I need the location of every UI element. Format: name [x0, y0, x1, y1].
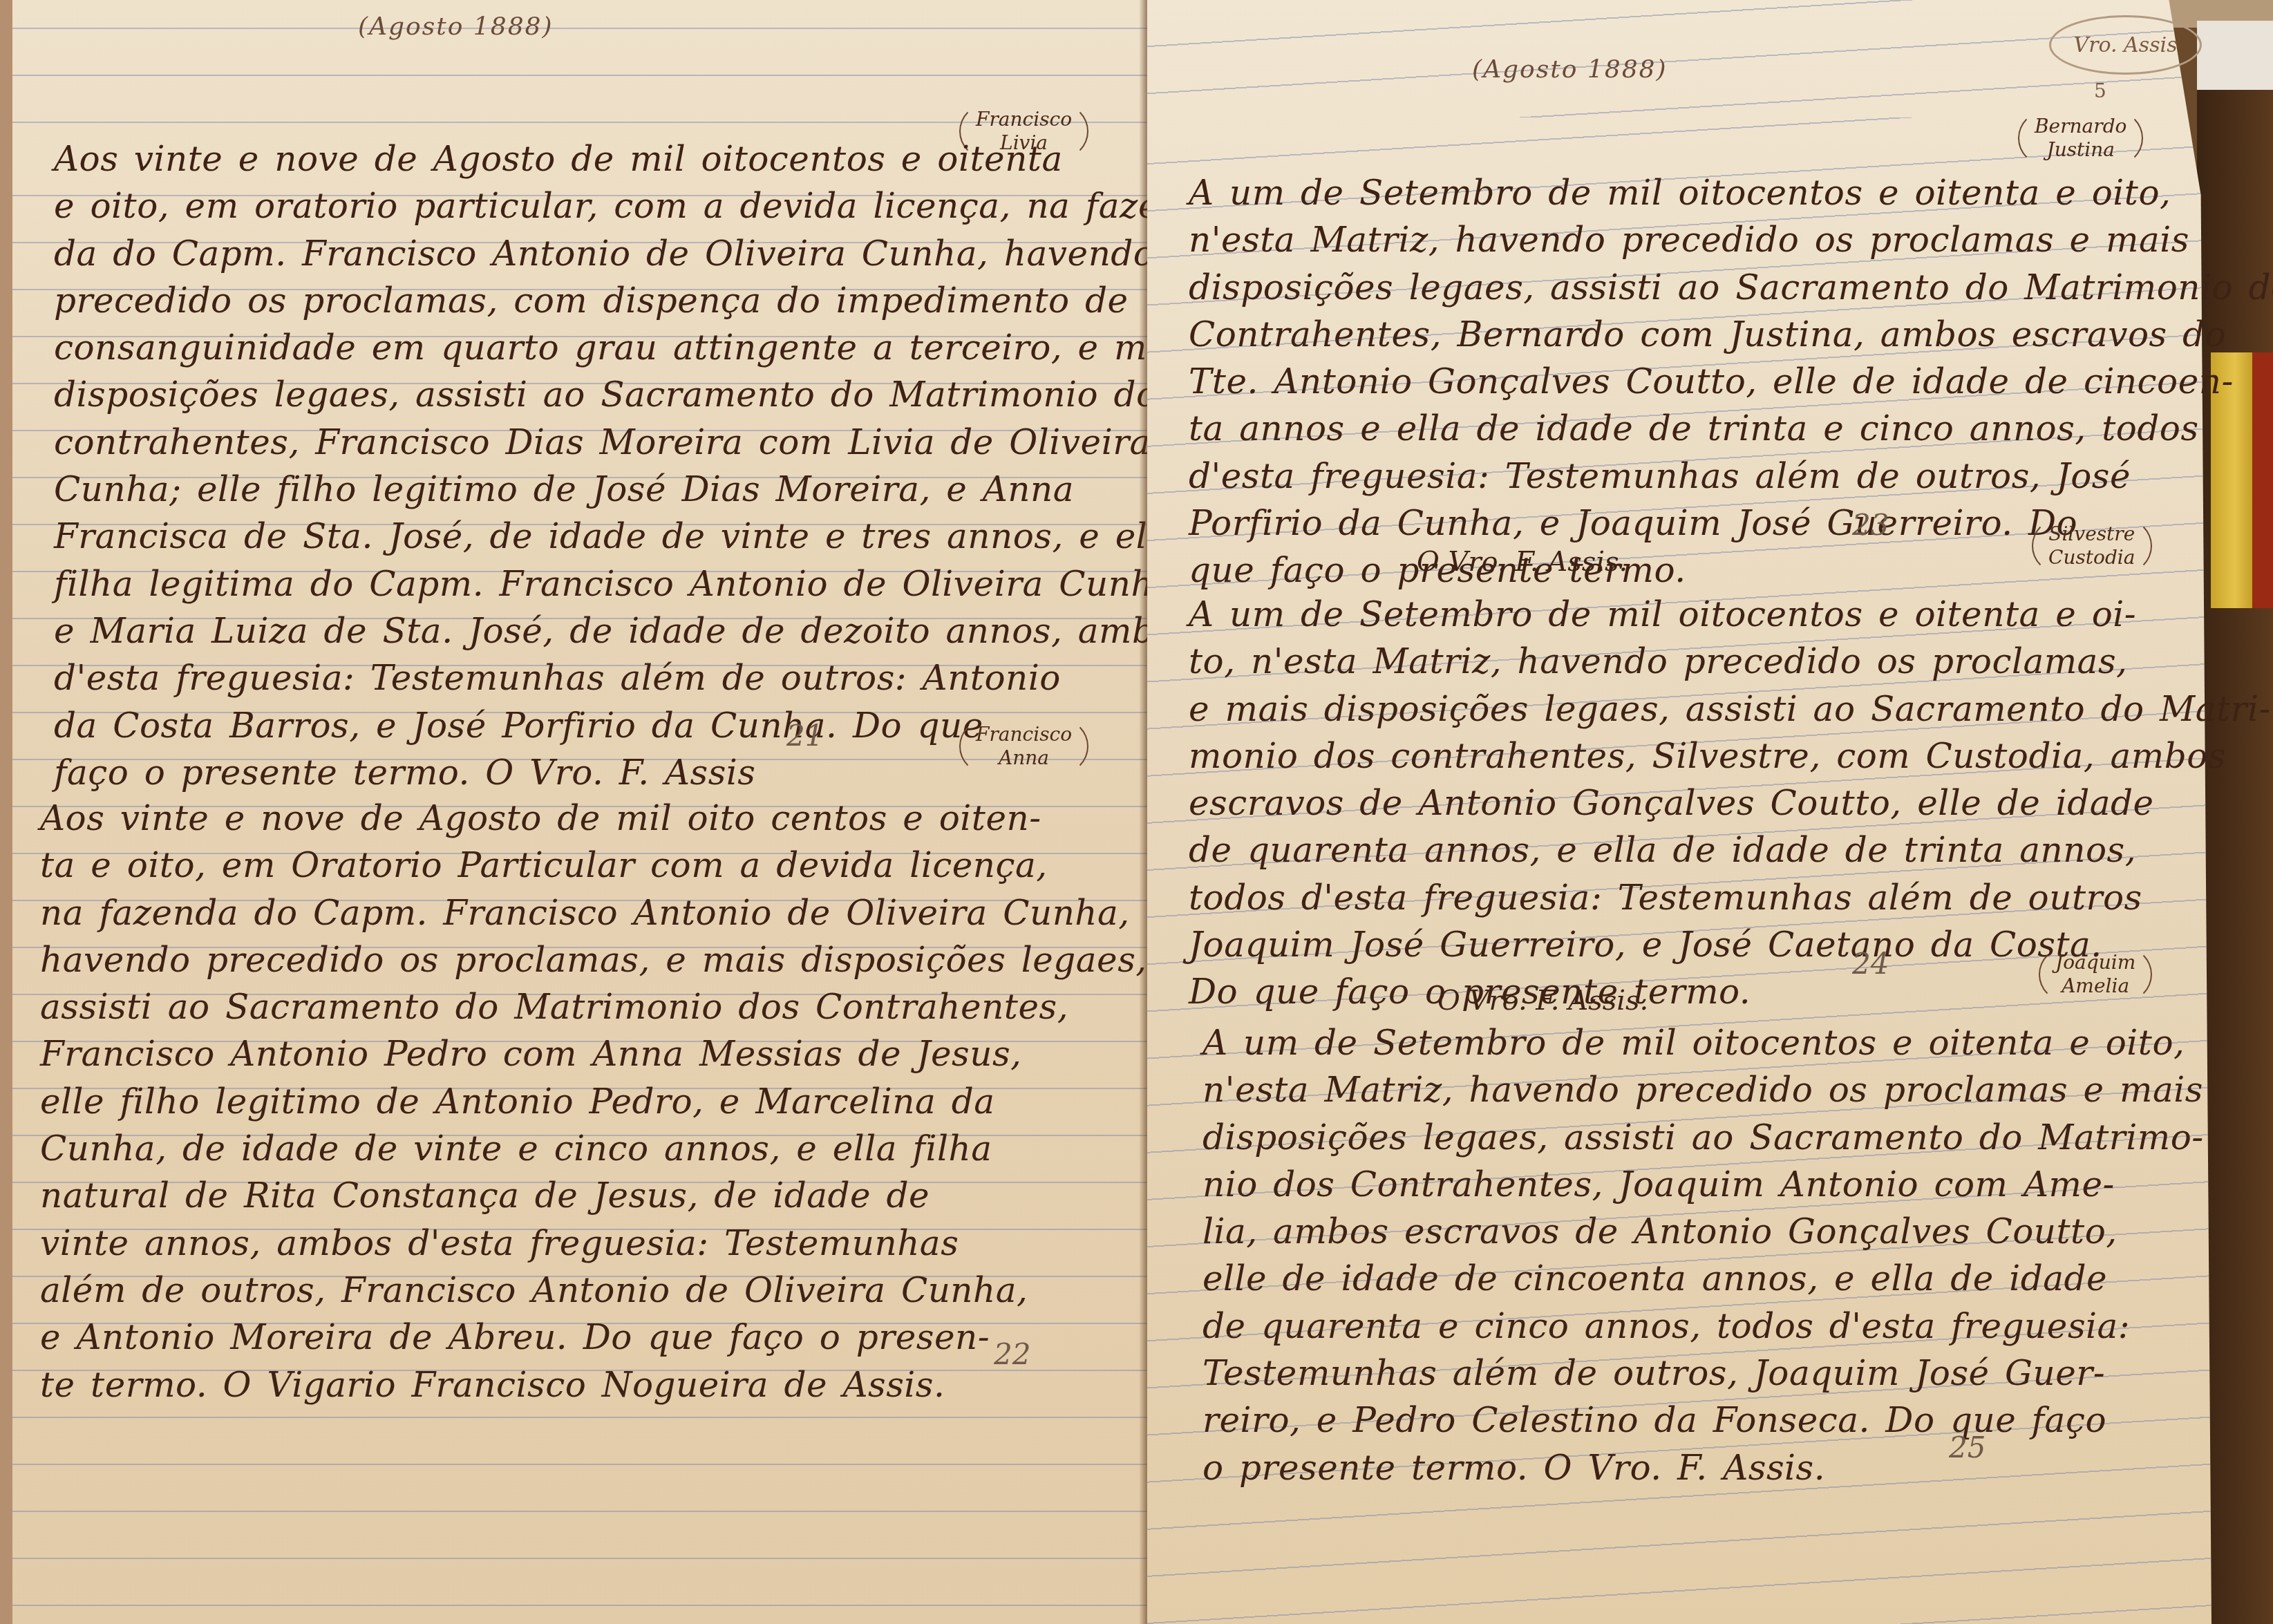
entry-number: 25	[1949, 1431, 1986, 1464]
entry-line: de quarenta e cinco annos, todos d'esta …	[1202, 1303, 2204, 1350]
entry-line: Cunha; elle filho legitimo de José Dias …	[54, 466, 1198, 513]
folio-number: 5	[2094, 79, 2106, 102]
entry-line: te termo. O Vigario Francisco Nogueira d…	[40, 1361, 1147, 1408]
register-entry-21: Aos vinte e nove de Agosto de mil oitoce…	[54, 135, 1198, 796]
entry-line: escravos de Antonio Gonçalves Coutto, el…	[1189, 780, 2271, 827]
margin-note-names: Silvestre Custodia	[2032, 518, 2152, 574]
priest-signature: O Vro. F. Assis.	[1437, 985, 1648, 1017]
entry-line: de quarenta annos, e ella de idade de tr…	[1189, 827, 2271, 874]
entry-line: elle filho legitimo de Antonio Pedro, e …	[40, 1078, 1147, 1125]
entry-line: e oito, em oratorio particular, com a de…	[54, 182, 1198, 229]
entry-line: d'esta freguesia: Testemunhas além de ou…	[1189, 453, 2273, 500]
entry-line: d'esta freguesia: Testemunhas além de ou…	[54, 654, 1198, 701]
parish-stamp: Vro. Assis	[2049, 15, 2202, 75]
priest-signature: O Vro. F. Assis.	[1417, 546, 1628, 578]
entry-line: Cunha, de idade de vinte e cinco annos, …	[40, 1125, 1147, 1172]
entry-line: além de outros, Francisco Antonio de Oli…	[40, 1267, 1147, 1314]
entry-line: precedido os proclamas, com dispença do …	[54, 277, 1198, 324]
bride-name: Custodia	[2048, 546, 2135, 569]
bride-name: Amelia	[2055, 974, 2135, 998]
entry-line: Francisca de Sta. José, de idade de vint…	[54, 513, 1198, 560]
entry-line: n'esta Matriz, havendo precedido os proc…	[1202, 1066, 2204, 1113]
entry-line: assisti ao Sacramento do Matrimonio dos …	[40, 983, 1147, 1030]
left-page: (Agosto 1888) Francisco Livia Aos vinte …	[0, 0, 1147, 1624]
entry-line: e mais disposições legaes, assisti ao Sa…	[1189, 686, 2271, 733]
entry-line: Francisco Antonio Pedro com Anna Messias…	[40, 1030, 1147, 1077]
groom-name: Bernardo	[2035, 115, 2126, 138]
entry-number: 22	[994, 1337, 1030, 1371]
entry-line: da do Capm. Francisco Antonio de Oliveir…	[54, 230, 1198, 277]
register-entry-25: A um de Setembro de mil oitocentos e oit…	[1202, 1019, 2204, 1491]
entry-line: monio dos contrahentes, Silvestre, com C…	[1189, 733, 2271, 780]
register-entry-22: Aos vinte e nove de Agosto de mil oito c…	[40, 795, 1147, 1408]
entry-line: Aos vinte e nove de Agosto de mil oito c…	[40, 795, 1147, 842]
entry-line: o presente termo. O Vro. F. Assis.	[1202, 1444, 2204, 1491]
page-header-date: (Agosto 1888)	[1472, 55, 1667, 84]
entry-line: A um de Setembro de mil oitocentos e oit…	[1189, 591, 2271, 638]
entry-line: natural de Rita Constança de Jesus, de i…	[40, 1172, 1147, 1219]
entry-line: havendo precedido os proclamas, e mais d…	[40, 936, 1147, 983]
entry-number: 24	[1852, 947, 1889, 981]
entry-line: vinte annos, ambos d'esta freguesia: Tes…	[40, 1220, 1147, 1267]
entry-line: consanguinidade em quarto grau attingent…	[54, 324, 1198, 371]
entry-line: ta e oito, em Oratorio Particular com a …	[40, 842, 1147, 889]
groom-name: Joaquim	[2055, 951, 2135, 974]
entry-line: lia, ambos escravos de Antonio Gonçalves…	[1202, 1208, 2204, 1255]
entry-line: Contrahentes, Bernardo com Justina, ambo…	[1189, 311, 2273, 358]
entry-line: ta annos e ella de idade de trinta e cin…	[1189, 405, 2273, 452]
entry-line: na fazenda do Capm. Francisco Antonio de…	[40, 889, 1147, 936]
entry-line: e Antonio Moreira de Abreu. Do que faço …	[40, 1314, 1147, 1361]
entry-line: A um de Setembro de mil oitocentos e oit…	[1202, 1019, 2204, 1066]
margin-note-names: Bernardo Justina	[2018, 111, 2143, 166]
margin-note-names: Francisco Anna	[959, 719, 1088, 774]
entry-line: to, n'esta Matriz, havendo precedido os …	[1189, 638, 2271, 685]
groom-name: Silvestre	[2048, 522, 2135, 546]
entry-line: A um de Setembro de mil oitocentos e oit…	[1189, 169, 2273, 216]
entry-line: contrahentes, Francisco Dias Moreira com…	[54, 419, 1198, 466]
entry-number: 21	[786, 719, 823, 753]
entry-number: 23	[1852, 508, 1889, 542]
entry-line: Aos vinte e nove de Agosto de mil oitoce…	[54, 135, 1198, 182]
entry-line: reiro, e Pedro Celestino da Fonseca. Do …	[1202, 1397, 2204, 1444]
entry-line: todos d'esta freguesia: Testemunhas além…	[1189, 874, 2271, 921]
book-white	[2197, 21, 2273, 90]
entry-line: n'esta Matriz, havendo precedido os proc…	[1189, 216, 2273, 263]
entry-line: disposições legaes, assisti ao Sacrament…	[1189, 264, 2273, 311]
entry-line: e Maria Luiza de Sta. José, de idade de …	[54, 607, 1198, 654]
entry-line: nio dos Contrahentes, Joaquim Antonio co…	[1202, 1161, 2204, 1208]
entry-line: Tte. Antonio Gonçalves Coutto, elle de i…	[1189, 358, 2273, 405]
bride-name: Justina	[2035, 138, 2126, 162]
entry-line: filha legitima do Capm. Francisco Antoni…	[54, 560, 1198, 607]
groom-name: Francisco	[976, 108, 1072, 131]
margin-note-names: Joaquim Amelia	[2039, 947, 2152, 1002]
groom-name: Francisco	[976, 723, 1072, 746]
entry-line: disposições legaes, assisti ao Sacrament…	[1202, 1114, 2204, 1161]
entry-line: disposições legaes, assisti ao Sacrament…	[54, 371, 1198, 418]
bride-name: Anna	[976, 746, 1072, 770]
entry-line: elle de idade de cincoenta annos, e ella…	[1202, 1255, 2204, 1302]
entry-line: Testemunhas além de outros, Joaquim José…	[1202, 1350, 2204, 1397]
page-header-date: (Agosto 1888)	[358, 12, 553, 41]
